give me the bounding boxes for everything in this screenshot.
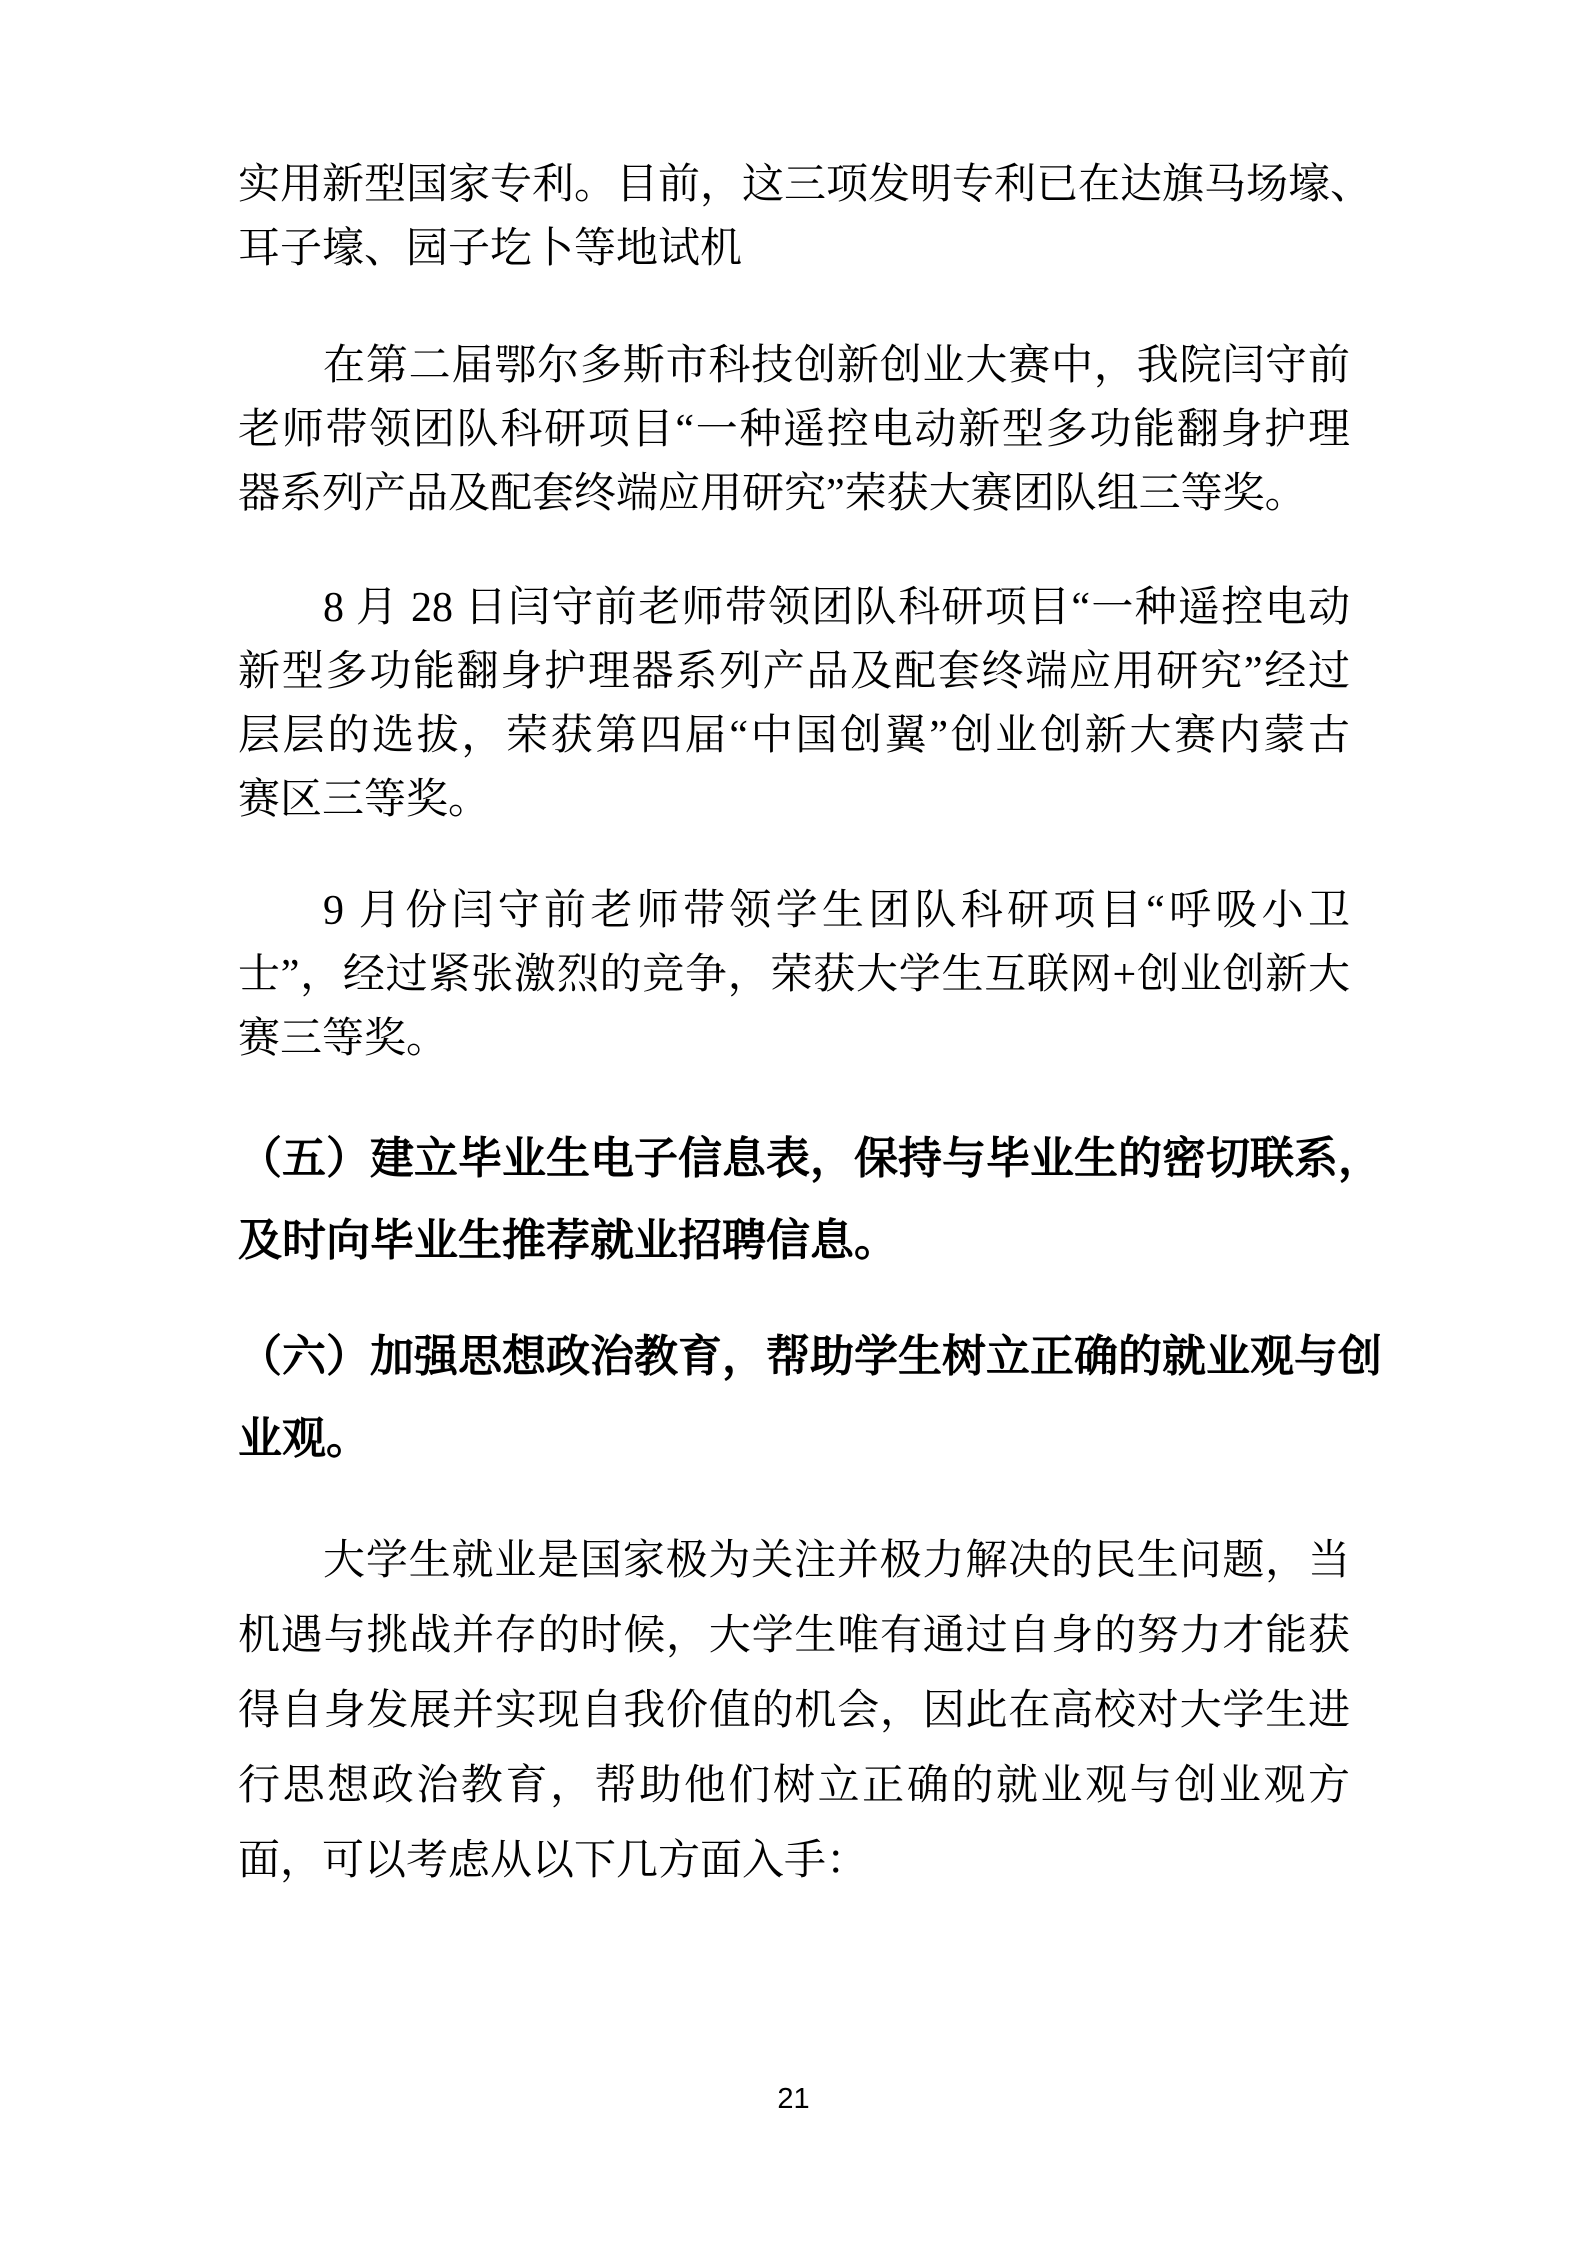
text-line: 得自身发展并实现自我价值的机会，因此在高校对大学生进 bbox=[238, 1674, 1350, 1749]
page-number: 21 bbox=[0, 2082, 1587, 2116]
text-line: 器系列产品及配套终端应用研究”荣获大赛团队组三等奖。 bbox=[238, 462, 1350, 526]
text-line: 大学生就业是国家极为关注并极力解决的民生问题，当 bbox=[238, 1524, 1350, 1599]
paragraph-continuation: 实用新型国家专利。目前，这三项发明专利已在达旗马场壕、 耳子壕、园子圪卜等地试机 bbox=[238, 153, 1350, 281]
section-heading-6: （六）加强思想政治教育，帮助学生树立正确的就业观与创 业观。 bbox=[238, 1316, 1350, 1480]
text-line: 赛区三等奖。 bbox=[238, 768, 1350, 832]
text-line: 9 月份闫守前老师带领学生团队科研项目“呼吸小卫 bbox=[238, 879, 1350, 943]
text-line: 层层的选拔，荣获第四届“中国创翼”创业创新大赛内蒙古 bbox=[238, 704, 1350, 768]
text-line: 面，可以考虑从以下几方面入手： bbox=[238, 1824, 1350, 1899]
text-line: （五）建立毕业生电子信息表，保持与毕业生的密切联系， bbox=[238, 1118, 1350, 1200]
text-line: 及时向毕业生推荐就业招聘信息。 bbox=[238, 1200, 1350, 1282]
text-line: 老师带领团队科研项目“一种遥控电动新型多功能翻身护理 bbox=[238, 398, 1350, 462]
text-line: 耳子壕、园子圪卜等地试机 bbox=[238, 217, 1350, 281]
text-line: 在第二届鄂尔多斯市科技创新创业大赛中，我院闫守前 bbox=[238, 334, 1350, 398]
paragraph: 8 月 28 日闫守前老师带领团队科研项目“一种遥控电动 新型多功能翻身护理器系… bbox=[238, 576, 1350, 832]
text-line: 机遇与挑战并存的时候，大学生唯有通过自身的努力才能获 bbox=[238, 1599, 1350, 1674]
text-line: 新型多功能翻身护理器系列产品及配套终端应用研究”经过 bbox=[238, 640, 1350, 704]
text-line: 实用新型国家专利。目前，这三项发明专利已在达旗马场壕、 bbox=[238, 153, 1350, 217]
paragraph: 大学生就业是国家极为关注并极力解决的民生问题，当 机遇与挑战并存的时候，大学生唯… bbox=[238, 1524, 1350, 1899]
paragraph: 在第二届鄂尔多斯市科技创新创业大赛中，我院闫守前 老师带领团队科研项目“一种遥控… bbox=[238, 334, 1350, 526]
section-heading-5: （五）建立毕业生电子信息表，保持与毕业生的密切联系， 及时向毕业生推荐就业招聘信… bbox=[238, 1118, 1350, 1282]
document-page: 实用新型国家专利。目前，这三项发明专利已在达旗马场壕、 耳子壕、园子圪卜等地试机… bbox=[0, 0, 1587, 2245]
text-line: 赛三等奖。 bbox=[238, 1007, 1350, 1071]
text-line: （六）加强思想政治教育，帮助学生树立正确的就业观与创 bbox=[238, 1316, 1350, 1398]
text-line: 业观。 bbox=[238, 1398, 1350, 1480]
paragraph: 9 月份闫守前老师带领学生团队科研项目“呼吸小卫 士”，经过紧张激烈的竞争，荣获… bbox=[238, 879, 1350, 1071]
text-line: 8 月 28 日闫守前老师带领团队科研项目“一种遥控电动 bbox=[238, 576, 1350, 640]
text-line: 士”，经过紧张激烈的竞争，荣获大学生互联网+创业创新大 bbox=[238, 943, 1350, 1007]
text-line: 行思想政治教育，帮助他们树立正确的就业观与创业观方 bbox=[238, 1749, 1350, 1824]
